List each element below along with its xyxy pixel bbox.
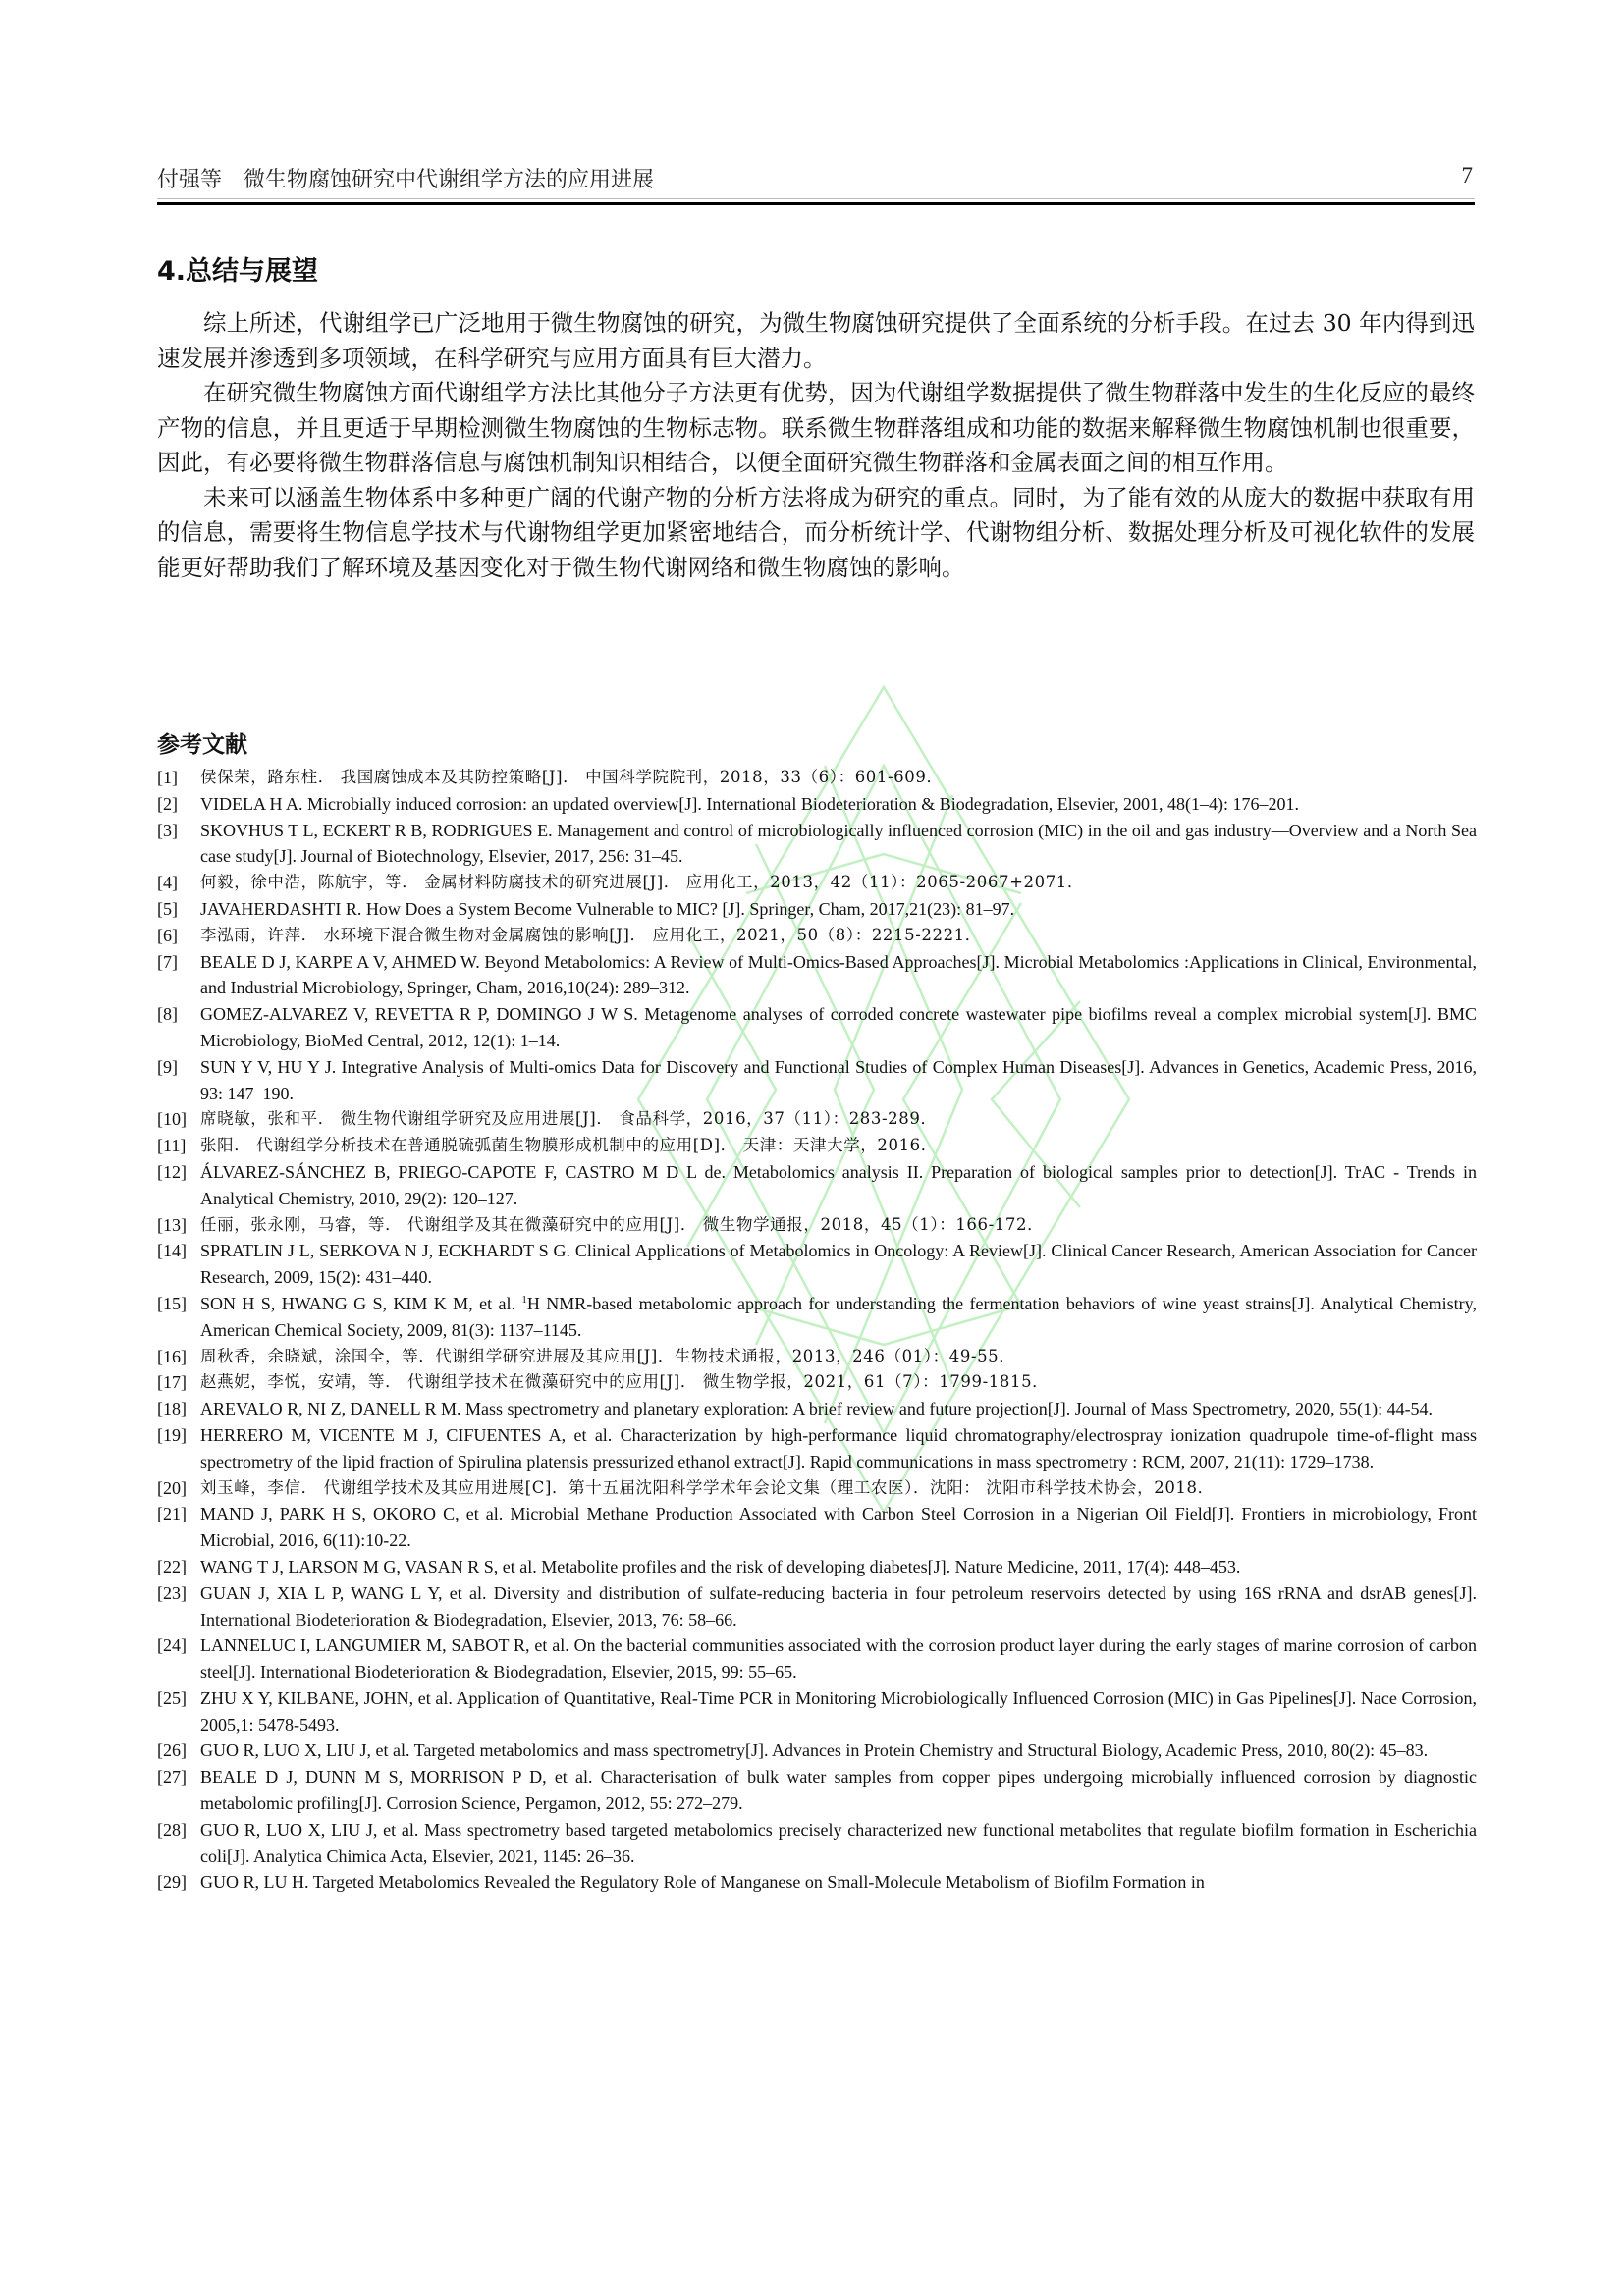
reference-text: WANG T J, LARSON M G, VASAN R S, et al. … — [200, 1554, 1477, 1580]
reference-text: SUN Y V, HU Y J. Integrative Analysis of… — [200, 1054, 1477, 1107]
paragraph: 综上所述，代谢组学已广泛地用于微生物腐蚀的研究，为微生物腐蚀研究提供了全面系统的… — [157, 306, 1475, 376]
reference-text: GUAN J, XIA L P, WANG L Y, et al. Divers… — [200, 1580, 1477, 1633]
reference-number: [28] — [157, 1817, 200, 1843]
reference-number: [5] — [157, 896, 200, 923]
reference-item: [3]SKOVHUS T L, ECKERT R B, RODRIGUES E.… — [157, 818, 1477, 871]
reference-item: [23]GUAN J, XIA L P, WANG L Y, et al. Di… — [157, 1580, 1477, 1633]
reference-item: [20]刘玉峰，李信． 代谢组学技术及其应用进展[C]．第十五届沈阳科学学术年会… — [157, 1475, 1477, 1502]
paragraph: 在研究微生物腐蚀方面代谢组学方法比其他分子方法更有优势，因为代谢组学数据提供了微… — [157, 376, 1475, 481]
superscript: 1 — [521, 1294, 527, 1306]
reference-item: [4]何毅，徐中浩，陈航宇，等． 金属材料防腐技术的研究进展[J]． 应用化工，… — [157, 870, 1477, 896]
reference-text: GUO R, LUO X, LIU J, et al. Mass spectro… — [200, 1817, 1477, 1870]
reference-text: SON H S, HWANG G S, KIM K M, et al. 1H N… — [200, 1291, 1477, 1344]
reference-text: 李泓雨，许萍． 水环境下混合微生物对金属腐蚀的影响[J]． 应用化工，2021，… — [200, 923, 1477, 949]
reference-number: [15] — [157, 1291, 200, 1317]
paragraph: 未来可以涵盖生物体系中多种更广阔的代谢产物的分析方法将成为研究的重点。同时，为了… — [157, 481, 1475, 586]
reference-item: [8]GOMEZ-ALVAREZ V, REVETTA R P, DOMINGO… — [157, 1001, 1477, 1054]
reference-number: [26] — [157, 1737, 200, 1764]
references-list: [1]侯保荣，路东柱． 我国腐蚀成本及其防控策略[J]． 中国科学院院刊，201… — [157, 765, 1477, 1896]
reference-text: BEALE D J, DUNN M S, MORRISON P D, et al… — [200, 1764, 1477, 1817]
reference-number: [27] — [157, 1764, 200, 1790]
reference-item: [22]WANG T J, LARSON M G, VASAN R S, et … — [157, 1554, 1477, 1580]
references-heading: 参考文献 — [157, 726, 247, 759]
reference-item: [9]SUN Y V, HU Y J. Integrative Analysis… — [157, 1054, 1477, 1107]
reference-item: [14]SPRATLIN J L, SERKOVA N J, ECKHARDT … — [157, 1238, 1477, 1291]
reference-number: [8] — [157, 1001, 200, 1028]
reference-item: [12]ÁLVAREZ-SÁNCHEZ B, PRIEGO-CAPOTE F, … — [157, 1159, 1477, 1212]
reference-number: [7] — [157, 949, 200, 976]
reference-text: LANNELUC I, LANGUMIER M, SABOT R, et al.… — [200, 1632, 1477, 1685]
reference-item: [29]GUO R, LU H. Targeted Metabolomics R… — [157, 1869, 1477, 1896]
reference-text: ZHU X Y, KILBANE, JOHN, et al. Applicati… — [200, 1685, 1477, 1738]
reference-text: MAND J, PARK H S, OKORO C, et al. Microb… — [200, 1501, 1477, 1554]
reference-number: [29] — [157, 1869, 200, 1896]
reference-text: 任丽，张永刚，马睿，等． 代谢组学及其在微藻研究中的应用[J]． 微生物学通报，… — [200, 1212, 1477, 1239]
reference-number: [11] — [157, 1133, 200, 1159]
reference-number: [4] — [157, 870, 200, 896]
reference-text: GUO R, LUO X, LIU J, et al. Targeted met… — [200, 1737, 1477, 1764]
reference-text: 何毅，徐中浩，陈航宇，等． 金属材料防腐技术的研究进展[J]． 应用化工，201… — [200, 870, 1477, 896]
reference-number: [24] — [157, 1632, 200, 1659]
reference-number: [17] — [157, 1369, 200, 1396]
reference-item: [25]ZHU X Y, KILBANE, JOHN, et al. Appli… — [157, 1685, 1477, 1738]
reference-item: [15]SON H S, HWANG G S, KIM K M, et al. … — [157, 1291, 1477, 1344]
reference-text: 侯保荣，路东柱． 我国腐蚀成本及其防控策略[J]． 中国科学院院刊，2018，3… — [200, 765, 1477, 791]
reference-number: [23] — [157, 1580, 200, 1607]
reference-item: [18]AREVALO R, NI Z, DANELL R M. Mass sp… — [157, 1396, 1477, 1422]
reference-number: [25] — [157, 1685, 200, 1712]
reference-item: [2]VIDELA H A. Microbially induced corro… — [157, 791, 1477, 818]
reference-item: [28]GUO R, LUO X, LIU J, et al. Mass spe… — [157, 1817, 1477, 1870]
reference-item: [6]李泓雨，许萍． 水环境下混合微生物对金属腐蚀的影响[J]． 应用化工，20… — [157, 923, 1477, 949]
reference-text: HERRERO M, VICENTE M J, CIFUENTES A, et … — [200, 1422, 1477, 1475]
reference-item: [27]BEALE D J, DUNN M S, MORRISON P D, e… — [157, 1764, 1477, 1817]
reference-item: [17]赵燕妮，李悦，安靖，等． 代谢组学技术在微藻研究中的应用[J]． 微生物… — [157, 1369, 1477, 1396]
reference-item: [21]MAND J, PARK H S, OKORO C, et al. Mi… — [157, 1501, 1477, 1554]
reference-number: [2] — [157, 791, 200, 818]
reference-item: [24]LANNELUC I, LANGUMIER M, SABOT R, et… — [157, 1632, 1477, 1685]
reference-item: [26]GUO R, LUO X, LIU J, et al. Targeted… — [157, 1737, 1477, 1764]
reference-text: 赵燕妮，李悦，安靖，等． 代谢组学技术在微藻研究中的应用[J]． 微生物学报，2… — [200, 1369, 1477, 1396]
reference-item: [7]BEALE D J, KARPE A V, AHMED W. Beyond… — [157, 949, 1477, 1002]
reference-text: 周秋香，余晓斌，涂国全，等．代谢组学研究进展及其应用[J]．生物技术通报，201… — [200, 1344, 1477, 1370]
reference-number: [14] — [157, 1238, 200, 1264]
reference-item: [13]任丽，张永刚，马睿，等． 代谢组学及其在微藻研究中的应用[J]． 微生物… — [157, 1212, 1477, 1239]
reference-number: [3] — [157, 818, 200, 844]
reference-number: [20] — [157, 1475, 200, 1502]
reference-text: 刘玉峰，李信． 代谢组学技术及其应用进展[C]．第十五届沈阳科学学术年会论文集（… — [200, 1475, 1477, 1502]
reference-number: [9] — [157, 1054, 200, 1081]
reference-item: [11]张阳． 代谢组学分析技术在普通脱硫弧菌生物膜形成机制中的应用[D]． 天… — [157, 1133, 1477, 1159]
reference-number: [13] — [157, 1212, 200, 1239]
reference-number: [18] — [157, 1396, 200, 1422]
page-number: 7 — [1462, 163, 1474, 188]
reference-text: 张阳． 代谢组学分析技术在普通脱硫弧菌生物膜形成机制中的应用[D]． 天津：天津… — [200, 1133, 1477, 1159]
paper-page: 付强等 微生物腐蚀研究中代谢组学方法的应用进展 7 4.总结与展望 综上所述，代… — [0, 0, 1624, 2296]
reference-number: [1] — [157, 765, 200, 791]
reference-text: BEALE D J, KARPE A V, AHMED W. Beyond Me… — [200, 949, 1477, 1002]
header-rule — [157, 202, 1475, 205]
reference-text: ÁLVAREZ-SÁNCHEZ B, PRIEGO-CAPOTE F, CAST… — [200, 1159, 1477, 1212]
reference-text: SPRATLIN J L, SERKOVA N J, ECKHARDT S G.… — [200, 1238, 1477, 1291]
reference-text: JAVAHERDASHTI R. How Does a System Becom… — [200, 896, 1477, 923]
reference-text: VIDELA H A. Microbially induced corrosio… — [200, 791, 1477, 818]
reference-number: [19] — [157, 1422, 200, 1449]
header-title: 付强等 微生物腐蚀研究中代谢组学方法的应用进展 — [157, 163, 654, 193]
reference-text: GUO R, LU H. Targeted Metabolomics Revea… — [200, 1869, 1477, 1896]
reference-item: [19]HERRERO M, VICENTE M J, CIFUENTES A,… — [157, 1422, 1477, 1475]
reference-number: [22] — [157, 1554, 200, 1580]
reference-text: AREVALO R, NI Z, DANELL R M. Mass spectr… — [200, 1396, 1477, 1422]
reference-number: [10] — [157, 1106, 200, 1133]
reference-item: [10]席晓敏，张和平． 微生物代谢组学研究及应用进展[J]． 食品科学，201… — [157, 1106, 1477, 1133]
running-header: 付强等 微生物腐蚀研究中代谢组学方法的应用进展 7 — [157, 163, 1475, 196]
reference-text: GOMEZ-ALVAREZ V, REVETTA R P, DOMINGO J … — [200, 1001, 1477, 1054]
reference-number: [21] — [157, 1501, 200, 1527]
section-body: 综上所述，代谢组学已广泛地用于微生物腐蚀的研究，为微生物腐蚀研究提供了全面系统的… — [157, 306, 1475, 585]
reference-item: [1]侯保荣，路东柱． 我国腐蚀成本及其防控策略[J]． 中国科学院院刊，201… — [157, 765, 1477, 791]
reference-item: [16]周秋香，余晓斌，涂国全，等．代谢组学研究进展及其应用[J]．生物技术通报… — [157, 1344, 1477, 1370]
reference-number: [16] — [157, 1344, 200, 1370]
header-rule-thin — [157, 198, 1475, 199]
section-heading: 4.总结与展望 — [157, 249, 318, 288]
reference-text: SKOVHUS T L, ECKERT R B, RODRIGUES E. Ma… — [200, 818, 1477, 871]
reference-number: [12] — [157, 1159, 200, 1186]
reference-text: 席晓敏，张和平． 微生物代谢组学研究及应用进展[J]． 食品科学，2016，37… — [200, 1106, 1477, 1133]
reference-number: [6] — [157, 923, 200, 949]
reference-item: [5]JAVAHERDASHTI R. How Does a System Be… — [157, 896, 1477, 923]
